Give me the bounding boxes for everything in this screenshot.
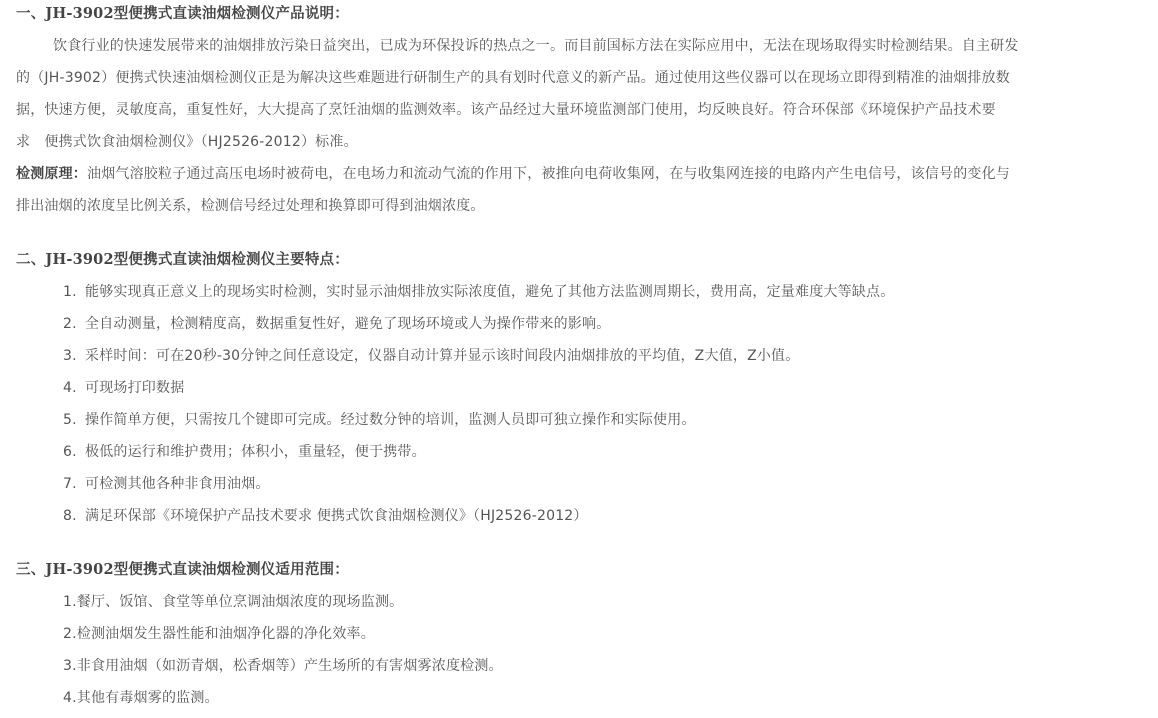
section1-title: 一、JH-3902型便携式直读油烟检测仪产品说明： [16, 0, 1158, 30]
section-spacer [16, 532, 1158, 554]
feature-text: 采样时间：可在20秒-30分钟之间任意设定，仪器自动计算并显示该时间段内油烟排放… [85, 348, 799, 364]
feature-text: 可检测其他各种非食用油烟。 [85, 476, 270, 492]
feature-item: 1.能够实现真正意义上的现场实时检测，实时显示油烟排放实际浓度值，避免了其他方法… [16, 276, 1158, 308]
feature-item: 2.全自动测量，检测精度高，数据重复性好，避免了现场环境或人为操作带来的影响。 [16, 308, 1158, 340]
principle-text: 油烟气溶胶粒子通过高压电场时被荷电，在电场力和流动气流的作用下，被推向电荷收集网… [87, 166, 1010, 182]
feature-number: 5. [63, 404, 85, 436]
principle-text-line: 排出油烟的浓度呈比例关系，检测信号经过处理和换算即可得到油烟浓度。 [16, 190, 1158, 222]
feature-item: 8.满足环保部《环境保护产品技术要求 便携式饮食油烟检测仪》（HJ2526-20… [16, 500, 1158, 532]
feature-text: 满足环保部《环境保护产品技术要求 便携式饮食油烟检测仪》（HJ2526-2012… [85, 508, 588, 524]
feature-number: 7. [63, 468, 85, 500]
feature-number: 4. [63, 372, 85, 404]
section1-intro-line: 据，快速方便，灵敏度高，重复性好，大大提高了烹饪油烟的监测效率。该产品经过大量环… [16, 94, 1158, 126]
feature-number: 6. [63, 436, 85, 468]
scope-item: 1.餐厅、饭馆、食堂等单位烹调油烟浓度的现场监测。 [16, 586, 1158, 618]
feature-number: 8. [63, 500, 85, 532]
feature-text: 操作简单方便，只需按几个键即可完成。经过数分钟的培训，监测人员即可独立操作和实际… [85, 412, 696, 428]
feature-number: 3. [63, 340, 85, 372]
principle-label: 检测原理： [16, 166, 87, 182]
section1-intro-line: 的（JH-3902）便携式快速油烟检测仪正是为解决这些难题进行研制生产的具有划时… [16, 62, 1158, 94]
scope-item: 2.检测油烟发生器性能和油烟净化器的净化效率。 [16, 618, 1158, 650]
feature-text: 可现场打印数据 [85, 380, 184, 396]
features-list: 1.能够实现真正意义上的现场实时检测，实时显示油烟排放实际浓度值，避免了其他方法… [16, 276, 1158, 532]
feature-item: 4.可现场打印数据 [16, 372, 1158, 404]
scope-item: 4.其他有毒烟雾的监测。 [16, 682, 1158, 714]
principle-paragraph: 检测原理：油烟气溶胶粒子通过高压电场时被荷电，在电场力和流动气流的作用下，被推向… [16, 158, 1158, 190]
section3-title: 三、JH-3902型便携式直读油烟检测仪适用范围： [16, 554, 1158, 586]
section1-intro-line: 求 便携式饮食油烟检测仪》（HJ2526-2012）标准。 [16, 126, 1158, 158]
feature-text: 全自动测量，检测精度高，数据重复性好，避免了现场环境或人为操作带来的影响。 [85, 316, 610, 332]
section-spacer [16, 222, 1158, 244]
feature-item: 7.可检测其他各种非食用油烟。 [16, 468, 1158, 500]
feature-item: 5.操作简单方便，只需按几个键即可完成。经过数分钟的培训，监测人员即可独立操作和… [16, 404, 1158, 436]
feature-item: 3.采样时间：可在20秒-30分钟之间任意设定，仪器自动计算并显示该时间段内油烟… [16, 340, 1158, 372]
feature-number: 2. [63, 308, 85, 340]
feature-text: 极低的运行和维护费用；体积小，重量轻，便于携带。 [85, 444, 426, 460]
feature-number: 1. [63, 276, 85, 308]
feature-item: 6.极低的运行和维护费用；体积小，重量轻，便于携带。 [16, 436, 1158, 468]
feature-text: 能够实现真正意义上的现场实时检测，实时显示油烟排放实际浓度值，避免了其他方法监测… [85, 284, 894, 300]
section1-intro-line: 饮食行业的快速发展带来的油烟排放污染日益突出，已成为环保投诉的热点之一。而目前国… [16, 30, 1158, 62]
section2-title: 二、JH-3902型便携式直读油烟检测仪主要特点： [16, 244, 1158, 276]
product-document: 一、JH-3902型便携式直读油烟检测仪产品说明： 饮食行业的快速发展带来的油烟… [0, 0, 1158, 714]
scope-item: 3.非食用油烟（如沥青烟，松香烟等）产生场所的有害烟雾浓度检测。 [16, 650, 1158, 682]
application-scope-list: 1.餐厅、饭馆、食堂等单位烹调油烟浓度的现场监测。 2.检测油烟发生器性能和油烟… [16, 586, 1158, 714]
